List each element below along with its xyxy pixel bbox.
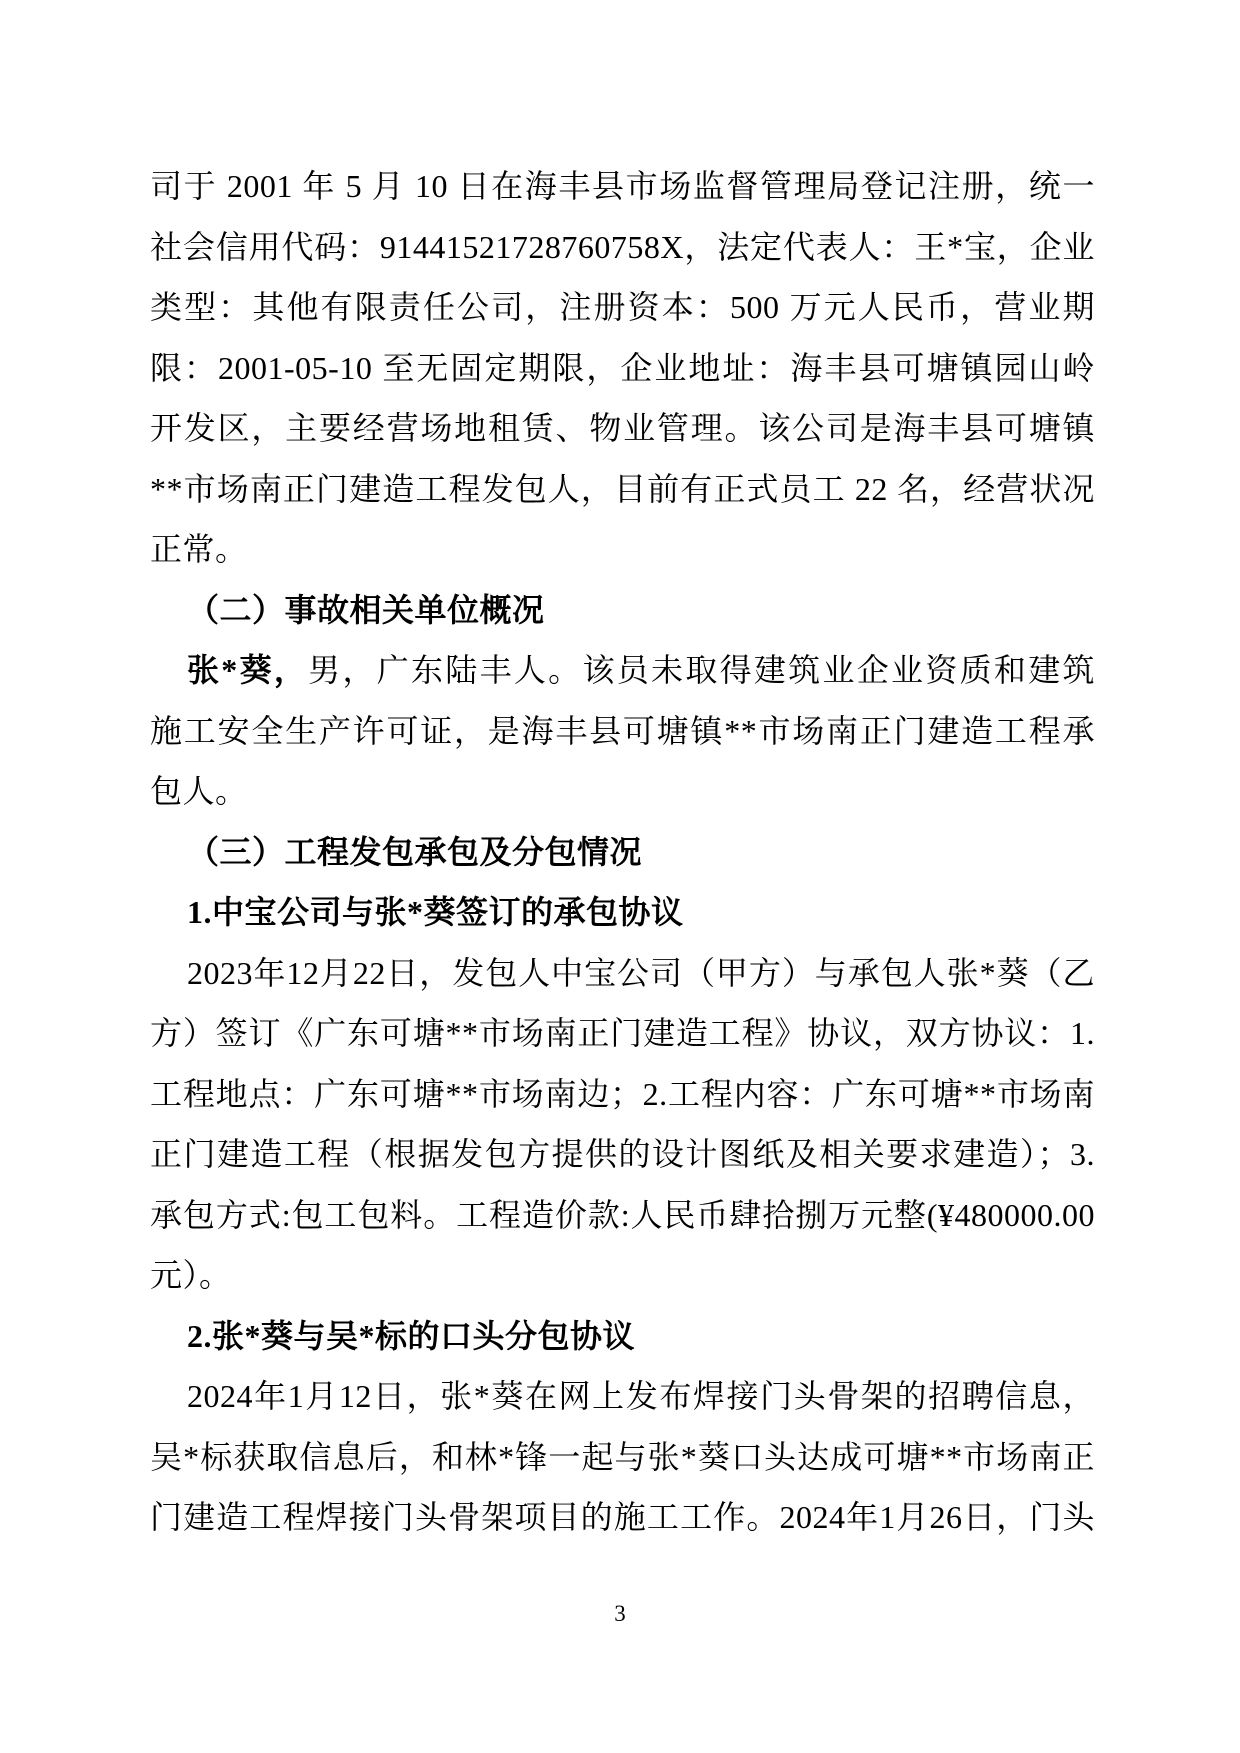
body-text-line: 承包方式:包工包料。工程造价款:人民币肆拾捌万元整(¥480000.00 bbox=[150, 1185, 1095, 1246]
body-text-line: 司于 2001 年 5 月 10 日在海丰县市场监督管理局登记注册，统一 bbox=[150, 156, 1095, 217]
body-text-line: 吴*标获取信息后，和林*锋一起与张*葵口头达成可塘**市场南正 bbox=[150, 1427, 1095, 1488]
section-heading: 1.中宝公司与张*葵签订的承包协议 bbox=[150, 882, 1095, 943]
body-text-line: 正门建造工程（根据发包方提供的设计图纸及相关要求建造）；3. bbox=[150, 1124, 1095, 1185]
body-text-line: 门建造工程焊接门头骨架项目的施工工作。2024年1月26日，门头 bbox=[150, 1487, 1095, 1548]
section-heading: 2.张*葵与吴*标的口头分包协议 bbox=[150, 1306, 1095, 1367]
body-text-line: 限：2001-05-10 至无固定期限，企业地址：海丰县可塘镇园山岭 bbox=[150, 338, 1095, 399]
body-text-line: 开发区，主要经营场地租赁、物业管理。该公司是海丰县可塘镇 bbox=[150, 398, 1095, 459]
document-page: 司于 2001 年 5 月 10 日在海丰县市场监督管理局登记注册，统一社会信用… bbox=[0, 0, 1240, 1753]
document-body: 司于 2001 年 5 月 10 日在海丰县市场监督管理局登记注册，统一社会信用… bbox=[150, 156, 1095, 1548]
body-text-line: 张*葵，男，广东陆丰人。该员未取得建筑业企业资质和建筑 bbox=[150, 640, 1095, 701]
section-heading: （二）事故相关单位概况 bbox=[150, 580, 1095, 641]
body-text-line: 类型：其他有限责任公司，注册资本：500 万元人民币，营业期 bbox=[150, 277, 1095, 338]
text-segment: 男，广东陆丰人。该员未取得建筑业企业资质和建筑 bbox=[308, 652, 1095, 688]
body-text-line: 正常。 bbox=[150, 519, 1095, 580]
body-text-line: 工程地点：广东可塘**市场南边；2.工程内容：广东可塘**市场南 bbox=[150, 1064, 1095, 1125]
body-text-line: 施工安全生产许可证，是海丰县可塘镇**市场南正门建造工程承 bbox=[150, 701, 1095, 762]
body-text-line: 元）。 bbox=[150, 1245, 1095, 1306]
person-name-bold: 张*葵， bbox=[187, 652, 308, 688]
body-text-line: 2024年1月12日，张*葵在网上发布焊接门头骨架的招聘信息， bbox=[150, 1366, 1095, 1427]
body-text-line: 包人。 bbox=[150, 761, 1095, 822]
body-text-line: 方）签订《广东可塘**市场南正门建造工程》协议，双方协议：1. bbox=[150, 1003, 1095, 1064]
body-text-line: **市场南正门建造工程发包人，目前有正式员工 22 名，经营状况 bbox=[150, 459, 1095, 520]
page-number: 3 bbox=[0, 1598, 1240, 1630]
body-text-line: 2023年12月22日，发包人中宝公司（甲方）与承包人张*葵（乙 bbox=[150, 943, 1095, 1004]
body-text-line: 社会信用代码：91441521728760758X，法定代表人：王*宝，企业 bbox=[150, 217, 1095, 278]
section-heading: （三）工程发包承包及分包情况 bbox=[150, 822, 1095, 883]
